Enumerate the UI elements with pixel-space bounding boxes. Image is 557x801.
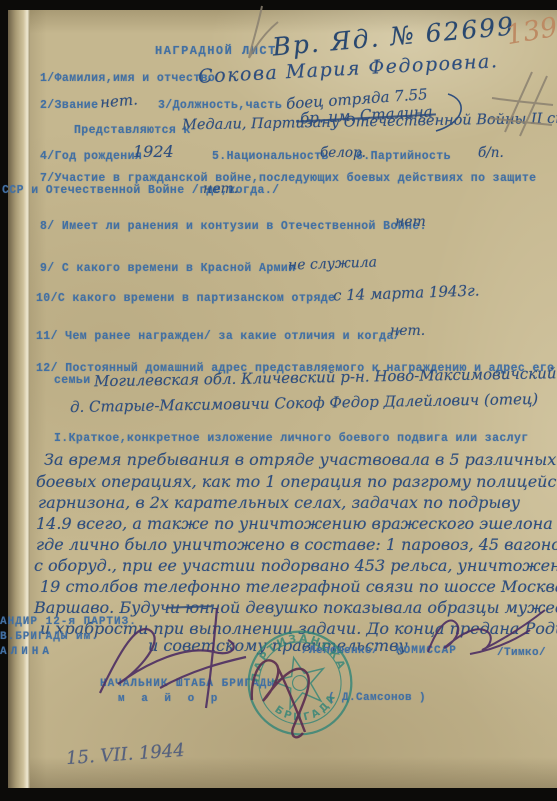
field-10-label: 10/С какого времени в партизанском отряд… (36, 292, 335, 305)
scanned-award-document: НАГРАДНОЙ ЛИСТ 1/Фамилия,имя и отчество … (0, 0, 557, 801)
field-9-value-handwritten: не служила (288, 254, 378, 273)
commander-title-line3: АЛИНА (0, 646, 53, 658)
field-6-value-handwritten: б/п. (478, 145, 504, 161)
citation-line: боевых операциях, как то 1 операция по р… (36, 472, 557, 491)
commissar-name-right: /Тимко/ (497, 647, 546, 659)
commissar-name-left: /Лепошенко/ (302, 645, 379, 657)
field-4-label: 4/Год рождения (40, 150, 142, 163)
citation-line: где лично было уничтожено в составе: 1 п… (36, 535, 557, 554)
citation-heading: I.Краткое,конкретное изложение личного б… (54, 432, 529, 445)
commissar-label: КОМИССАР (396, 645, 457, 657)
field-5-value-handwritten: белор. (320, 145, 366, 161)
commander-title-line2: В.БРИГАДЫ им. (0, 631, 99, 643)
field-2-value-handwritten: нет. (99, 90, 138, 111)
field-7-value-handwritten: нет. (203, 181, 238, 197)
citation-line: Варшаво. Будучи юнной девушко показывала… (34, 598, 557, 617)
citation-line: гарнизона, в 2х карательных селах, задач… (38, 493, 520, 512)
field-2-label: 2/Звание (40, 99, 98, 112)
citation-line: За время пребывания в отряде участвовала… (44, 450, 556, 469)
document-title: НАГРАДНОЙ ЛИСТ (155, 44, 277, 58)
field-9-label: 9/ С какого времени в Красной Армии (40, 262, 296, 275)
field-1-label: 1/Фамилия,имя и отчество (40, 72, 215, 85)
present-to-label: Представляются к (74, 124, 191, 137)
hq-chief-name: ( Д.Самсонов ) (328, 692, 426, 704)
field-6-label: 6.Партийность (356, 150, 451, 163)
hq-chief-rank: м а й о р (118, 693, 222, 705)
citation-line: 14.9 всего, а также по уничтожению враже… (36, 514, 553, 533)
field-12-label-line2: семьи (54, 374, 91, 387)
field-8-value-handwritten: нет (395, 214, 426, 230)
adjacent-page-edge (8, 10, 30, 788)
field-11-label: 11/ Чем ранее награжден/ за какие отличи… (36, 330, 401, 343)
field-5-label: 5.Национальность (212, 150, 329, 163)
citation-line: с оборуд., при ее участии подорвано 453 … (34, 556, 557, 575)
field-8-label: 8/ Имеет ли ранения и контузии в Отечест… (40, 220, 427, 233)
citation-line: 19 столбов телефонно телеграфной связи п… (40, 577, 557, 596)
hq-chief-title: НАЧАЛЬНИК ШТАБА БРИГАДЫ (100, 678, 275, 690)
field-4-value-handwritten: 1924 (133, 142, 174, 161)
commander-title-line1: АНДИР 12-я ПАРТИЗ. (0, 616, 137, 628)
field-11-value-handwritten: нет. (390, 323, 425, 339)
field-3-label: 3/Должность,часть (158, 99, 282, 112)
